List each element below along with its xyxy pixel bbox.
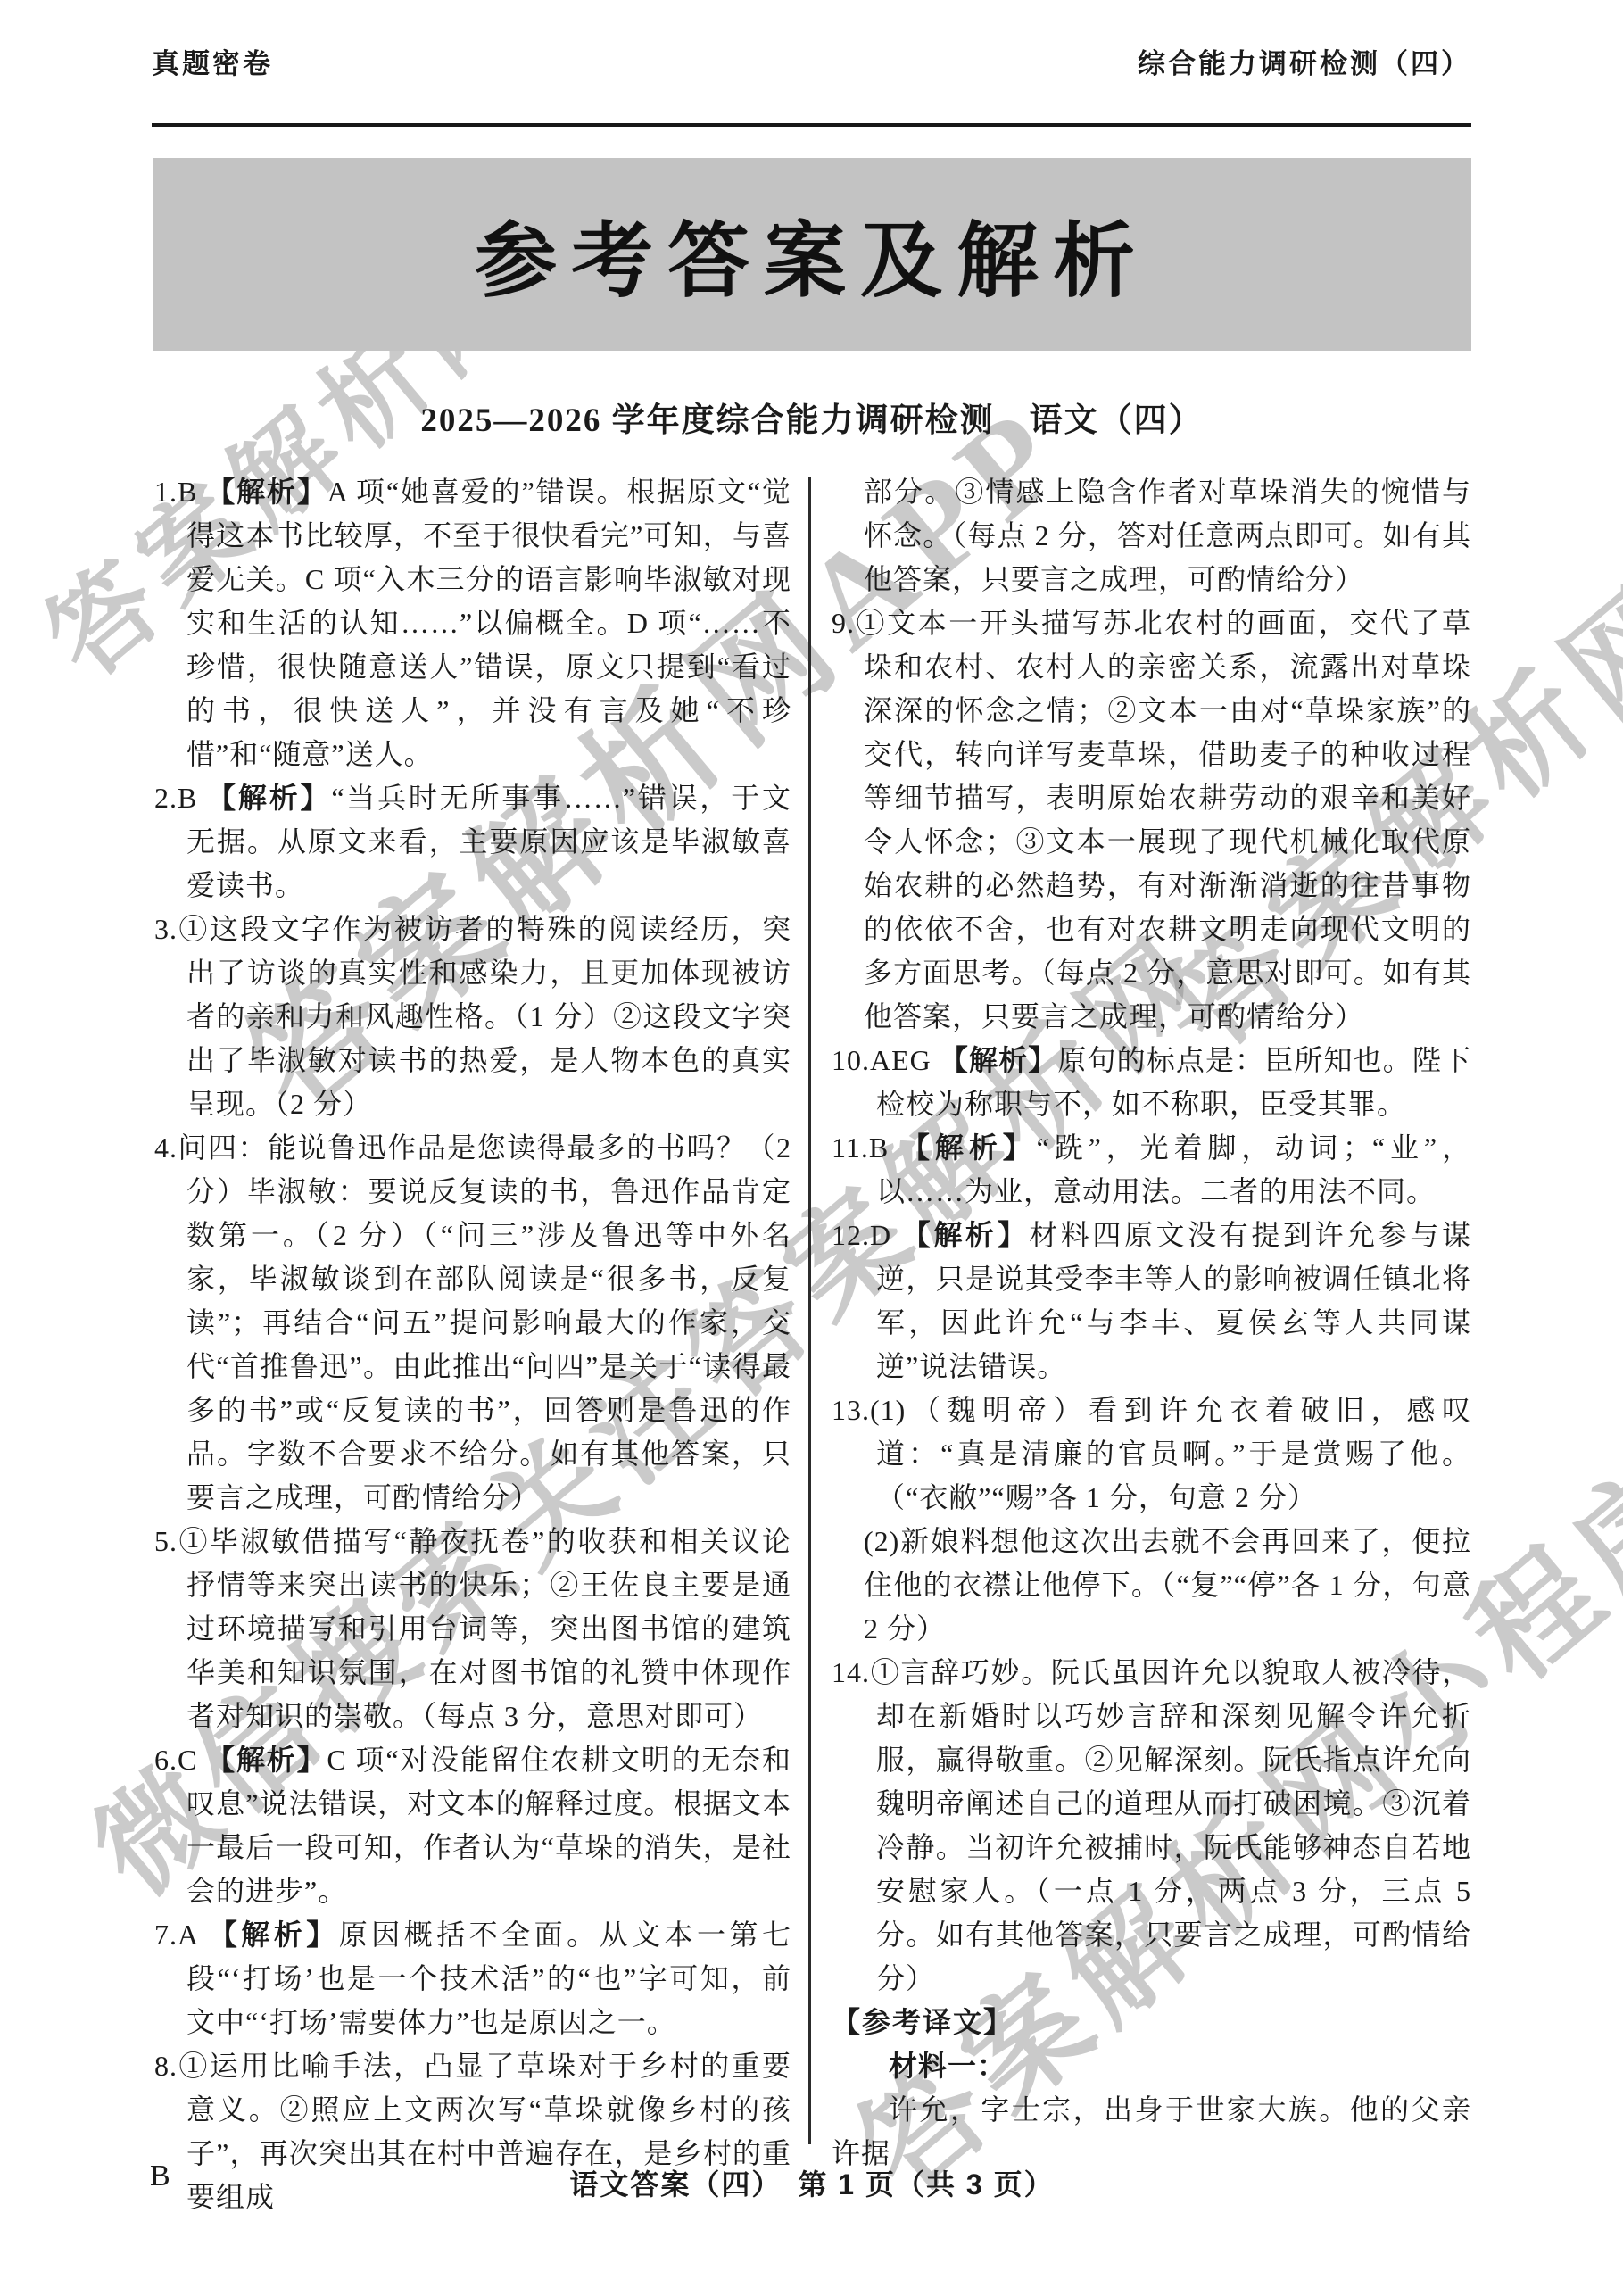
answer-item-12: 12.D 【解析】材料四原文没有提到许允参与谋逆，只是说其受李丰等人的影响被调任… (832, 1214, 1471, 1388)
answer-item-10: 10.AEG 【解析】原句的标点是：臣所知也。陛下检校为称职与不，如不称职，臣受… (832, 1039, 1471, 1126)
answer-item-14: 14.①言辞巧妙。阮氏虽因许允以貌取人被冷待，却在新婚时以巧妙言辞和深刻见解令许… (832, 1651, 1471, 2001)
page-header: 真题密卷 综合能力调研检测（四） (152, 41, 1471, 81)
answer-item-6: 6.C 【解析】C 项“对没能留住农耕文明的无奈和叹息”说法错误，对文本的解释过… (154, 1738, 791, 1913)
footer-page-info: 语文答案（四） 第 1 页（共 3 页） (153, 2162, 1471, 2203)
answer-item-5: 5.①毕淑敏借描写“静夜抚卷”的收获和相关议论抒情等来突出读书的快乐；②王佐良主… (154, 1520, 791, 1738)
header-divider-rule (152, 123, 1471, 127)
column-divider-rule (808, 477, 811, 2144)
header-left-label: 真题密卷 (152, 41, 273, 81)
material-one-label: 材料一： (832, 2044, 1471, 2088)
header-right-label: 综合能力调研检测（四） (1138, 41, 1471, 81)
title-banner: 参考答案及解析 (153, 158, 1471, 351)
answer-item-13-part2: (2)新娘料想他这次出去就不会再回来了，便拉住他的衣襟让他停下。（“复”“停”各… (832, 1520, 1471, 1651)
answer-item-11: 11.B 【解析】“跣”，光着脚，动词；“业”，以……为业，意动用法。二者的用法… (832, 1126, 1471, 1214)
answer-item-1: 1.B 【解析】A 项“她喜爱的”错误。根据原文“觉得这本书比较厚，不至于很快看… (154, 470, 791, 776)
answer-item-3: 3.①这段文字作为被访者的特殊的阅读经历，突出了访谈的真实性和感染力，且更加体现… (154, 908, 791, 1126)
reference-translation-heading: 【参考译文】 (832, 2001, 1471, 2044)
exam-subtitle: 2025—2026 学年度综合能力调研检测 语文（四） (153, 393, 1471, 441)
answer-item-8-continued: 部分。③情感上隐含作者对草垛消失的惋惜与怀念。（每点 2 分，答对任意两点即可。… (832, 470, 1471, 601)
page-title: 参考答案及解析 (475, 195, 1149, 313)
answer-sheet-page: 答案解析网答案解析网APP答案解析网微信搜索关注答案解析网答案解析网小程序 真题… (0, 0, 1623, 2296)
answer-item-4: 4.问四：能说鲁迅作品是您读得最多的书吗？（2 分）毕淑敏：要说反复读的书，鲁迅… (154, 1126, 791, 1520)
answer-item-13-part1: 13.(1)（魏明帝）看到许允衣着破旧，感叹道：“真是清廉的官员啊。”于是赏赐了… (832, 1388, 1471, 1520)
answer-item-7: 7.A 【解析】原因概括不全面。从文本一第七段“‘打场’也是一个技术活”的“也”… (154, 1913, 791, 2044)
answer-item-2: 2.B 【解析】“当兵时无所事事……”错误，于文无据。从原文来看，主要原因应该是… (154, 776, 791, 908)
answers-column-left: 1.B 【解析】A 项“她喜爱的”错误。根据原文“觉得这本书比较厚，不至于很快看… (154, 470, 791, 2219)
answer-item-9: 9.①文本一开头描写苏北农村的画面，交代了草垛和农村、农村人的亲密关系，流露出对… (832, 601, 1471, 1039)
answers-column-right: 部分。③情感上隐含作者对草垛消失的惋惜与怀念。（每点 2 分，答对任意两点即可。… (832, 470, 1471, 2176)
